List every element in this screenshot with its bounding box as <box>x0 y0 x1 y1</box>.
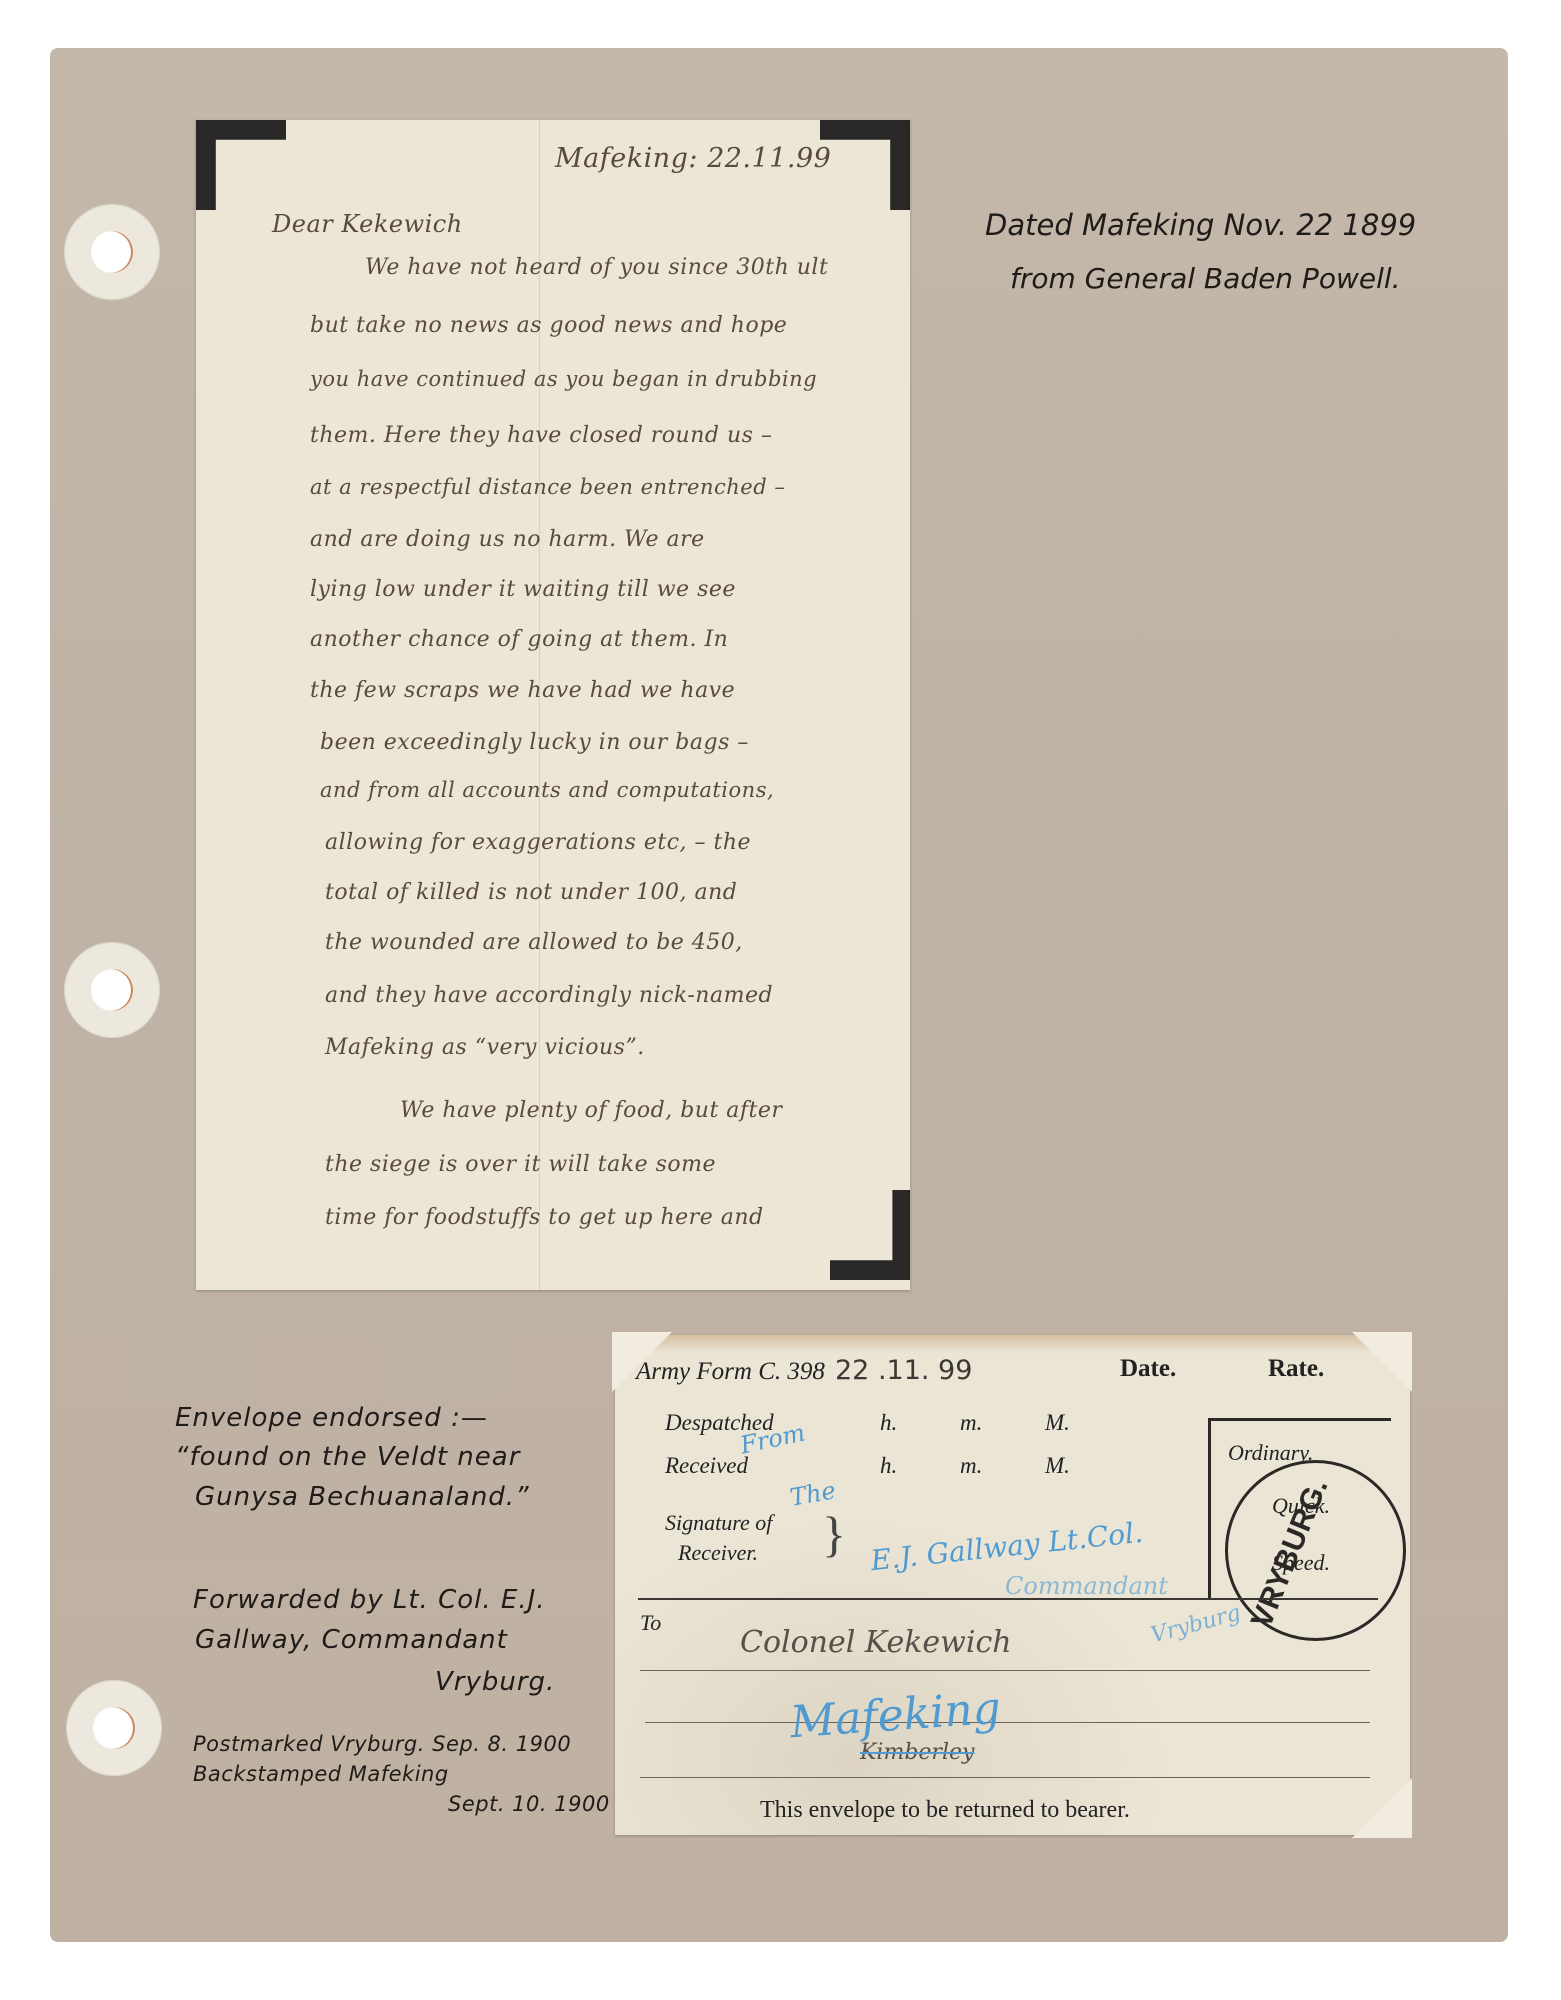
letter-line: the siege is over it will take some <box>325 1152 716 1177</box>
caption-from: from General Baden Powell. <box>1010 262 1401 295</box>
form-handwritten-date: 22 .11. 99 <box>835 1355 972 1386</box>
blue-commandant: Commandant <box>1005 1572 1168 1600</box>
caption-dated: Dated Mafeking Nov. 22 1899 <box>985 208 1416 242</box>
despatched-h: h. <box>880 1410 897 1436</box>
ring-hole-bottom <box>66 1680 162 1776</box>
ring-hole-middle <box>64 942 160 1038</box>
date-label: Date. <box>1120 1355 1176 1383</box>
received-label: Received <box>665 1453 748 1479</box>
received-M: M. <box>1045 1453 1070 1479</box>
letter-line: lying low under it waiting till we see <box>310 577 736 602</box>
caption-gallway: Gallway, Commandant <box>195 1625 508 1655</box>
destination-kimberley-struck: Kimberley <box>860 1740 974 1765</box>
hole-icon <box>91 969 133 1011</box>
letter-line: We have not heard of you since 30th ult <box>365 255 828 280</box>
caption-backstamped: Backstamped Mafeking <box>193 1762 449 1786</box>
brace-icon: } <box>822 1505 846 1563</box>
letter-line: the few scraps we have had we have <box>310 678 735 703</box>
caption-postmarked: Postmarked Vryburg. Sep. 8. 1900 <box>193 1732 571 1756</box>
letter-line: and from all accounts and computations, <box>320 778 774 802</box>
letter-line: been exceedingly lucky in our bags – <box>320 730 749 755</box>
letter-line: you have continued as you began in drubb… <box>310 367 817 391</box>
addressee: Colonel Kekewich <box>740 1625 1012 1660</box>
letter-salutation: Dear Kekewich <box>272 210 463 238</box>
caption-vryburg: Vryburg. <box>435 1667 555 1697</box>
caption-found-on-veldt: “found on the Veldt near <box>175 1442 520 1472</box>
received-m: m. <box>960 1453 982 1479</box>
letter-line: but take no news as good news and hope <box>310 313 787 338</box>
letter-line: and are doing us no harm. We are <box>310 527 705 552</box>
caption-forwarded-by: Forwarded by Lt. Col. E.J. <box>193 1585 546 1615</box>
hole-icon <box>91 231 133 273</box>
address-line-1 <box>640 1670 1370 1671</box>
letter-line: and they have accordingly nick-named <box>325 983 773 1008</box>
hole-icon <box>93 1707 135 1749</box>
ring-hole-top <box>64 204 160 300</box>
letter-line: at a respectful distance been entrenched… <box>310 475 785 499</box>
letter-line: them. Here they have closed round us – <box>310 423 772 448</box>
letter-line: time for foodstuffs to get up here and <box>325 1205 764 1230</box>
caption-envelope-endorsed: Envelope endorsed :— <box>175 1403 488 1433</box>
address-line-3 <box>640 1777 1370 1778</box>
letter-line: the wounded are allowed to be 450, <box>325 930 743 955</box>
despatched-m: m. <box>960 1410 982 1436</box>
caption-backstamp-date: Sept. 10. 1900 <box>448 1792 610 1816</box>
rate-label: Rate. <box>1268 1355 1324 1383</box>
received-h: h. <box>880 1453 897 1479</box>
signature-label: Signature of <box>665 1510 772 1536</box>
envelope-footer: This envelope to be returned to bearer. <box>760 1797 1130 1824</box>
caption-gunysa: Gunysa Bechuanaland.” <box>195 1482 530 1512</box>
letter-line: total of killed is not under 100, and <box>325 880 737 905</box>
address-line-2 <box>645 1722 1370 1723</box>
receiver-label: Receiver. <box>678 1540 758 1566</box>
to-label: To <box>640 1610 661 1636</box>
letter-line: another chance of going at them. In <box>310 627 728 652</box>
letter-line: We have plenty of food, but after <box>400 1098 782 1123</box>
letter-heading: Mafeking: 22.11.99 <box>555 143 831 174</box>
letter-line: Mafeking as “very vicious”. <box>325 1035 645 1060</box>
form-title: Army Form C. 398 <box>636 1358 825 1386</box>
letter-line: allowing for exaggerations etc, – the <box>325 830 751 855</box>
despatched-M: M. <box>1045 1410 1070 1436</box>
